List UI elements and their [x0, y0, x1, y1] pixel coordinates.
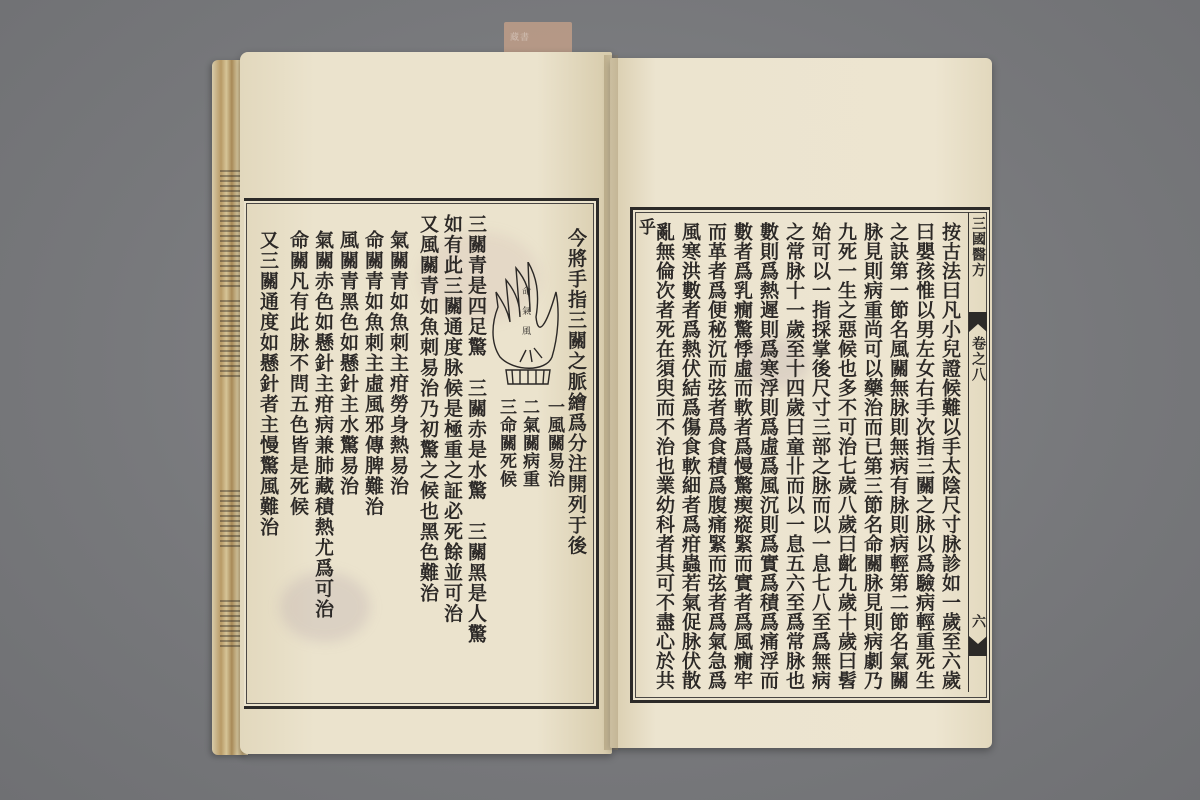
right-trailing-char: 乎 — [636, 218, 653, 236]
fishtail-bottom-icon — [969, 636, 987, 656]
margin-volume: 卷之八 — [971, 336, 985, 383]
margin-book-title: 三國醫方 — [971, 216, 985, 278]
left-text-column: 又三關通度如懸針者主慢驚風難治 — [258, 230, 277, 538]
book-gutter — [604, 55, 618, 750]
guan-item-life: 三命關死候 — [497, 398, 514, 488]
svg-text:命: 命 — [522, 285, 531, 297]
right-text-column: 九死一生之惡候也多不可治七歲八歲曰齔九歲十歲曰髫 — [836, 222, 855, 690]
left-text-column: 氣關青如魚刺主疳勞身熱易治 — [388, 230, 407, 497]
collection-tag-label: 藏書 — [510, 30, 530, 43]
edge-ink-mark — [220, 170, 242, 290]
right-text-column: 而革者爲便秘沉而弦者爲食積爲腹痛緊而弦者爲氣急爲 — [706, 222, 725, 690]
right-text-column: 曰嬰孩惟以男左女右手次指三關之脉以爲驗病輕重死生 — [914, 222, 933, 690]
right-text-column: 數者爲乳癇驚悸虛而軟者爲慢驚瘈瘲緊而實者爲風癇牢 — [732, 222, 751, 690]
left-text-column: 命關青如魚刺主虛風邪傳脾難治 — [363, 230, 382, 517]
right-text-column: 脉見則病重尚可以藥治而已第三節名命關脉見則病劇乃 — [862, 222, 881, 690]
left-title-column: 今將手指三關之脈繪爲分注開列于後 — [566, 228, 585, 556]
left-text-column: 氣關赤色如懸針主疳病兼肺藏積熱尤爲可治 — [313, 230, 332, 620]
right-text-column: 亂無倫次者死在須臾而不治也業幼科者其可不盡心於共 — [654, 222, 673, 690]
guan-item-qi: 二氣關病重 — [520, 398, 537, 488]
edge-ink-mark — [220, 490, 242, 550]
guan-item-wind: 一風關易治 — [545, 398, 562, 488]
left-text-column: 三關青是四足驚 三關赤是水驚 三關黑是人驚 — [466, 214, 485, 645]
left-text-column: 命關凡有此脉不問五色皆是死候 — [288, 230, 307, 517]
left-text-column: 如有此三關通度脉候是極重之証必死餘並可治 — [442, 214, 461, 624]
svg-text:氣: 氣 — [522, 305, 531, 317]
edge-ink-mark — [220, 600, 242, 650]
left-text-column: 風關青黑色如懸針主水驚易治 — [338, 230, 357, 497]
svg-text:風: 風 — [522, 326, 531, 337]
fishtail-top-icon — [969, 312, 987, 332]
right-text-column: 之常脉十一歲至十四歲曰童卝而以一息五六至爲常脉也 — [784, 222, 803, 690]
left-text-column: 又風關青如魚刺易治乃初驚之候也黑色難治 — [418, 214, 437, 604]
block-center-margin: 三國醫方 卷之八 六 — [968, 212, 989, 692]
margin-page-number: 六 — [971, 614, 985, 630]
right-text-column: 數則爲熱遲則爲寒浮則爲虛爲風沉則爲實爲積爲痛浮而 — [758, 222, 777, 690]
edge-ink-mark — [220, 300, 242, 380]
hand-diagram-icon: 命 氣 風 — [486, 262, 566, 397]
right-text-column: 之訣第一節名風關無脉則無病有脉則病輕第二節名氣關 — [888, 222, 907, 690]
right-text-column: 始可以一指採掌後尺寸三部之脉而以一息七八至爲無病 — [810, 222, 829, 690]
right-text-column: 按古法曰凡小兒證候難以手太陰尺寸脉診如一歲至六歲 — [940, 222, 959, 690]
right-text-column: 風寒洪數者爲熱伏結爲傷食軟細者爲疳蟲若氣促脉伏散 — [680, 222, 699, 690]
